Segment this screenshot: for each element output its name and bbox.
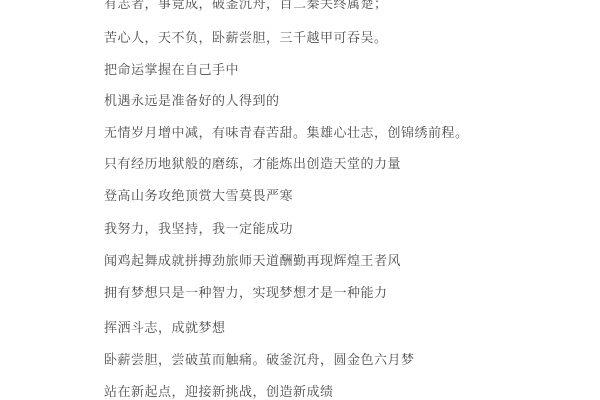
document-page: 有志者，事竟成，破釜沉舟，百二秦关终属楚； 苦心人，天不负，卧薪尝胆，三千越甲可… — [0, 0, 600, 400]
quote-line: 挥洒斗志，成就梦想 — [104, 320, 226, 336]
quote-line: 闻鸡起舞成就拼搏劲旅师天道酬勤再现辉煌王者风 — [104, 253, 401, 269]
quote-line: 我努力，我坚持，我一定能成功 — [104, 221, 293, 237]
quote-line: 把命运掌握在自己手中 — [104, 62, 239, 78]
quote-line: 登高山务攻绝顶赏大雪莫畏严寒 — [104, 188, 293, 204]
quote-line: 拥有梦想只是一种智力，实现梦想才是一种能力 — [104, 285, 388, 301]
quote-line: 站在新起点，迎接新挑战，创造新成绩 — [104, 384, 334, 400]
quote-line: 卧薪尝胆，尝破茧而触痛。破釜沉舟，圆金色六月梦 — [104, 352, 415, 368]
quote-line: 苦心人，天不负，卧薪尝胆，三千越甲可吞吴。 — [104, 30, 388, 46]
quote-line: 机遇永远是准备好的人得到的 — [104, 93, 280, 109]
quote-line: 有志者，事竟成，破釜沉舟，百二秦关终属楚； — [104, 0, 388, 12]
quote-line: 只有经历地狱般的磨练，才能炼出创造天堂的力量 — [104, 156, 401, 172]
quote-line: 无情岁月增中减，有味青春苦甜。集雄心壮志，创锦绣前程。 — [104, 125, 469, 141]
